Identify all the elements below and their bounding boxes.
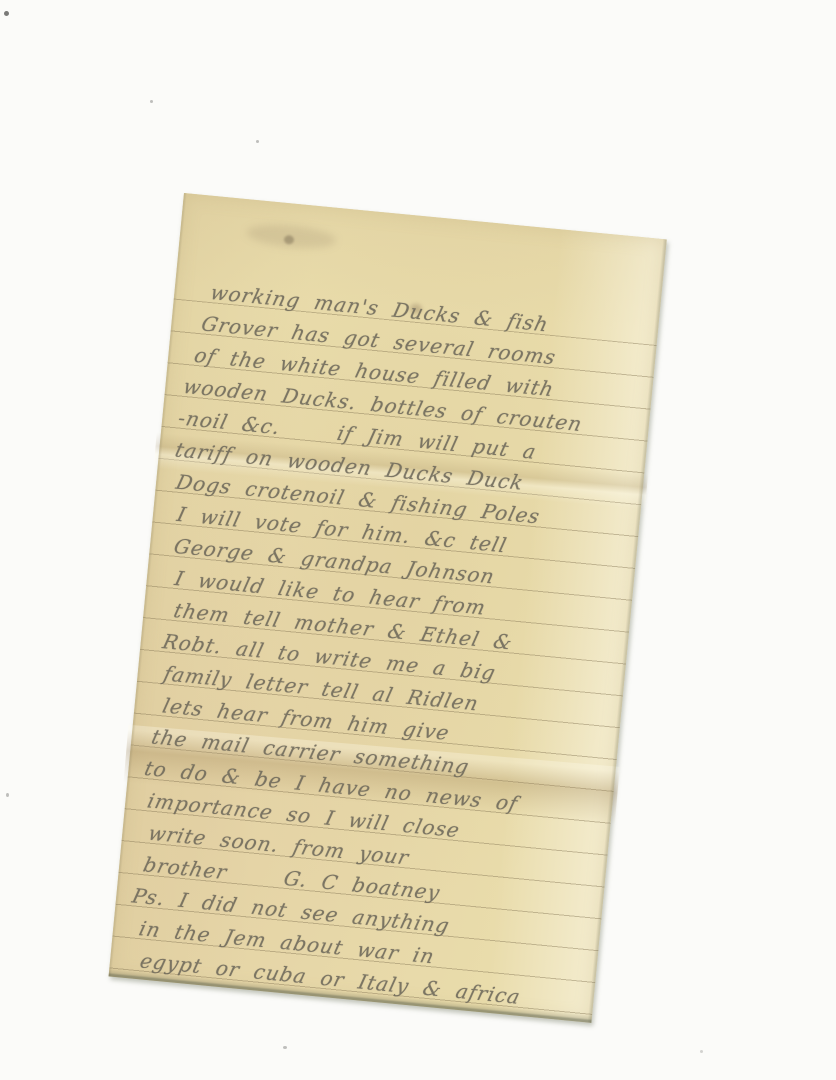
smudge [284,235,295,245]
letter-paper: working man's Ducks & fish Grover has go… [109,193,667,1023]
scanned-letter-page: working man's Ducks & fish Grover has go… [0,0,836,1080]
smudge [245,221,337,252]
dust-speck [4,11,9,16]
letter-text: working man's Ducks & fish Grover has go… [123,274,673,1021]
dust-speck [700,1050,703,1053]
dust-speck [256,140,259,143]
dust-speck [150,100,153,103]
dust-speck [6,793,9,797]
dust-speck [283,1046,287,1049]
